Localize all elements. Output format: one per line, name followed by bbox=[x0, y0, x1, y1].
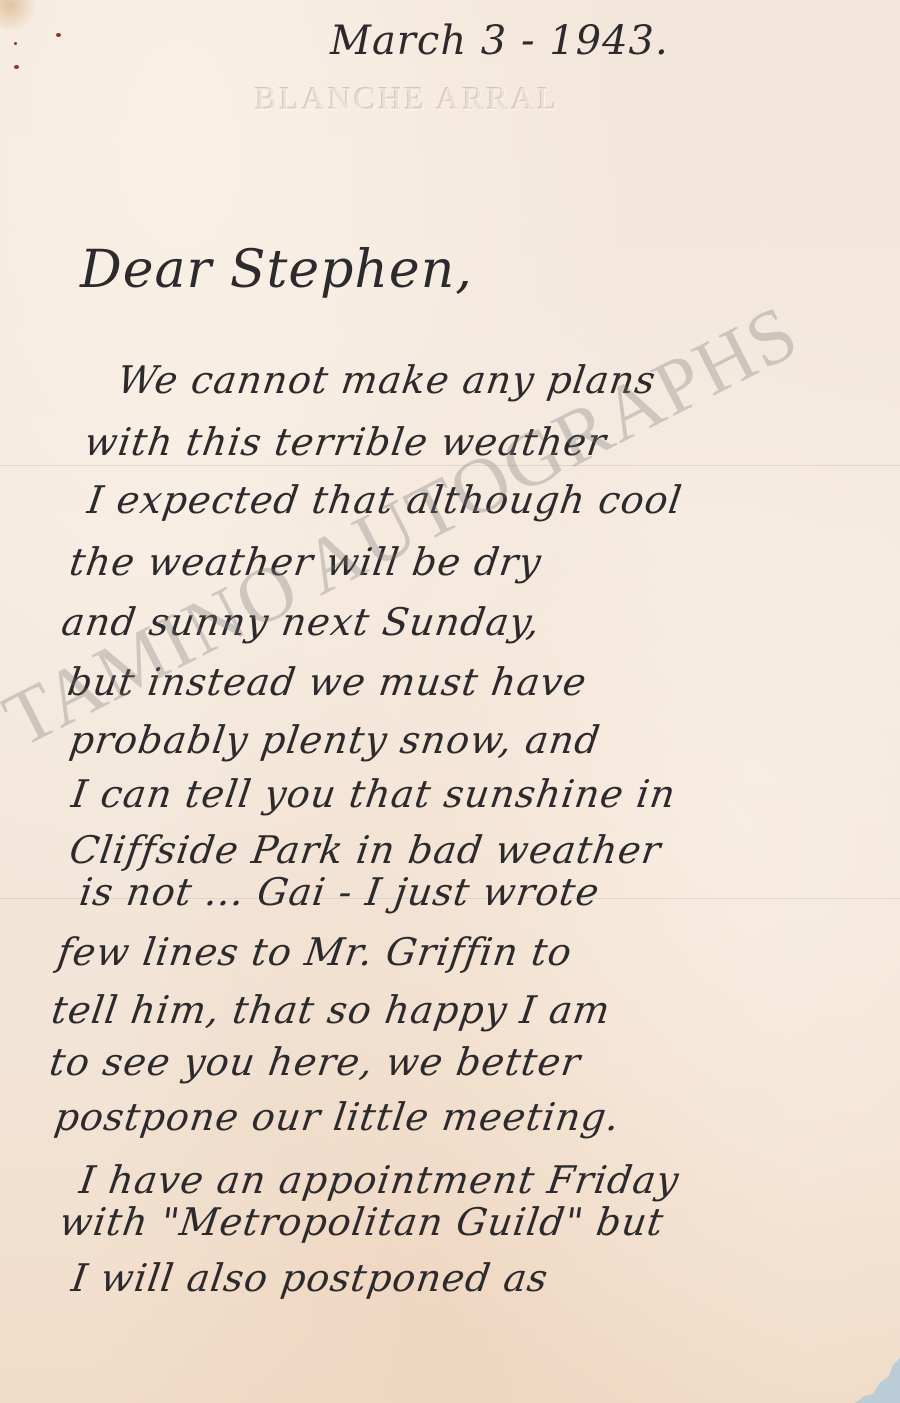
body-line: I will also postponed as bbox=[69, 1256, 551, 1300]
body-line: but instead we must have bbox=[65, 660, 590, 704]
letter-date: March 3 - 1943. bbox=[330, 18, 669, 64]
body-line: tell him, that so happy I am bbox=[49, 988, 613, 1032]
paper-speck bbox=[56, 33, 61, 37]
paper-speck bbox=[14, 65, 19, 69]
body-line: few lines to Mr. Griffin to bbox=[55, 930, 575, 974]
body-line: We cannot make any plans bbox=[115, 358, 659, 402]
body-line: and sunny next Sunday, bbox=[59, 600, 543, 644]
paper-speck bbox=[14, 42, 17, 45]
body-line: Cliffside Park in bad weather bbox=[67, 828, 664, 872]
fold-line bbox=[0, 465, 900, 467]
embossed-letterhead: BLANCHE ARRAL bbox=[255, 80, 560, 117]
body-line: I expected that although cool bbox=[85, 478, 685, 522]
body-line: is not ... Gai - I just wrote bbox=[77, 870, 603, 914]
body-line: postpone our little meeting. bbox=[52, 1095, 623, 1139]
body-line: probably plenty snow, and bbox=[67, 718, 603, 762]
body-line: to see you here, we better bbox=[47, 1040, 584, 1084]
salutation: Dear Stephen, bbox=[80, 240, 473, 300]
body-line: with this terrible weather bbox=[82, 420, 610, 464]
body-line: with "Metropolitan Guild" but bbox=[57, 1200, 667, 1244]
body-line: the weather will be dry bbox=[67, 540, 545, 584]
body-line: I can tell you that sunshine in bbox=[69, 772, 679, 816]
body-line: I have an appointment Friday bbox=[77, 1158, 682, 1202]
